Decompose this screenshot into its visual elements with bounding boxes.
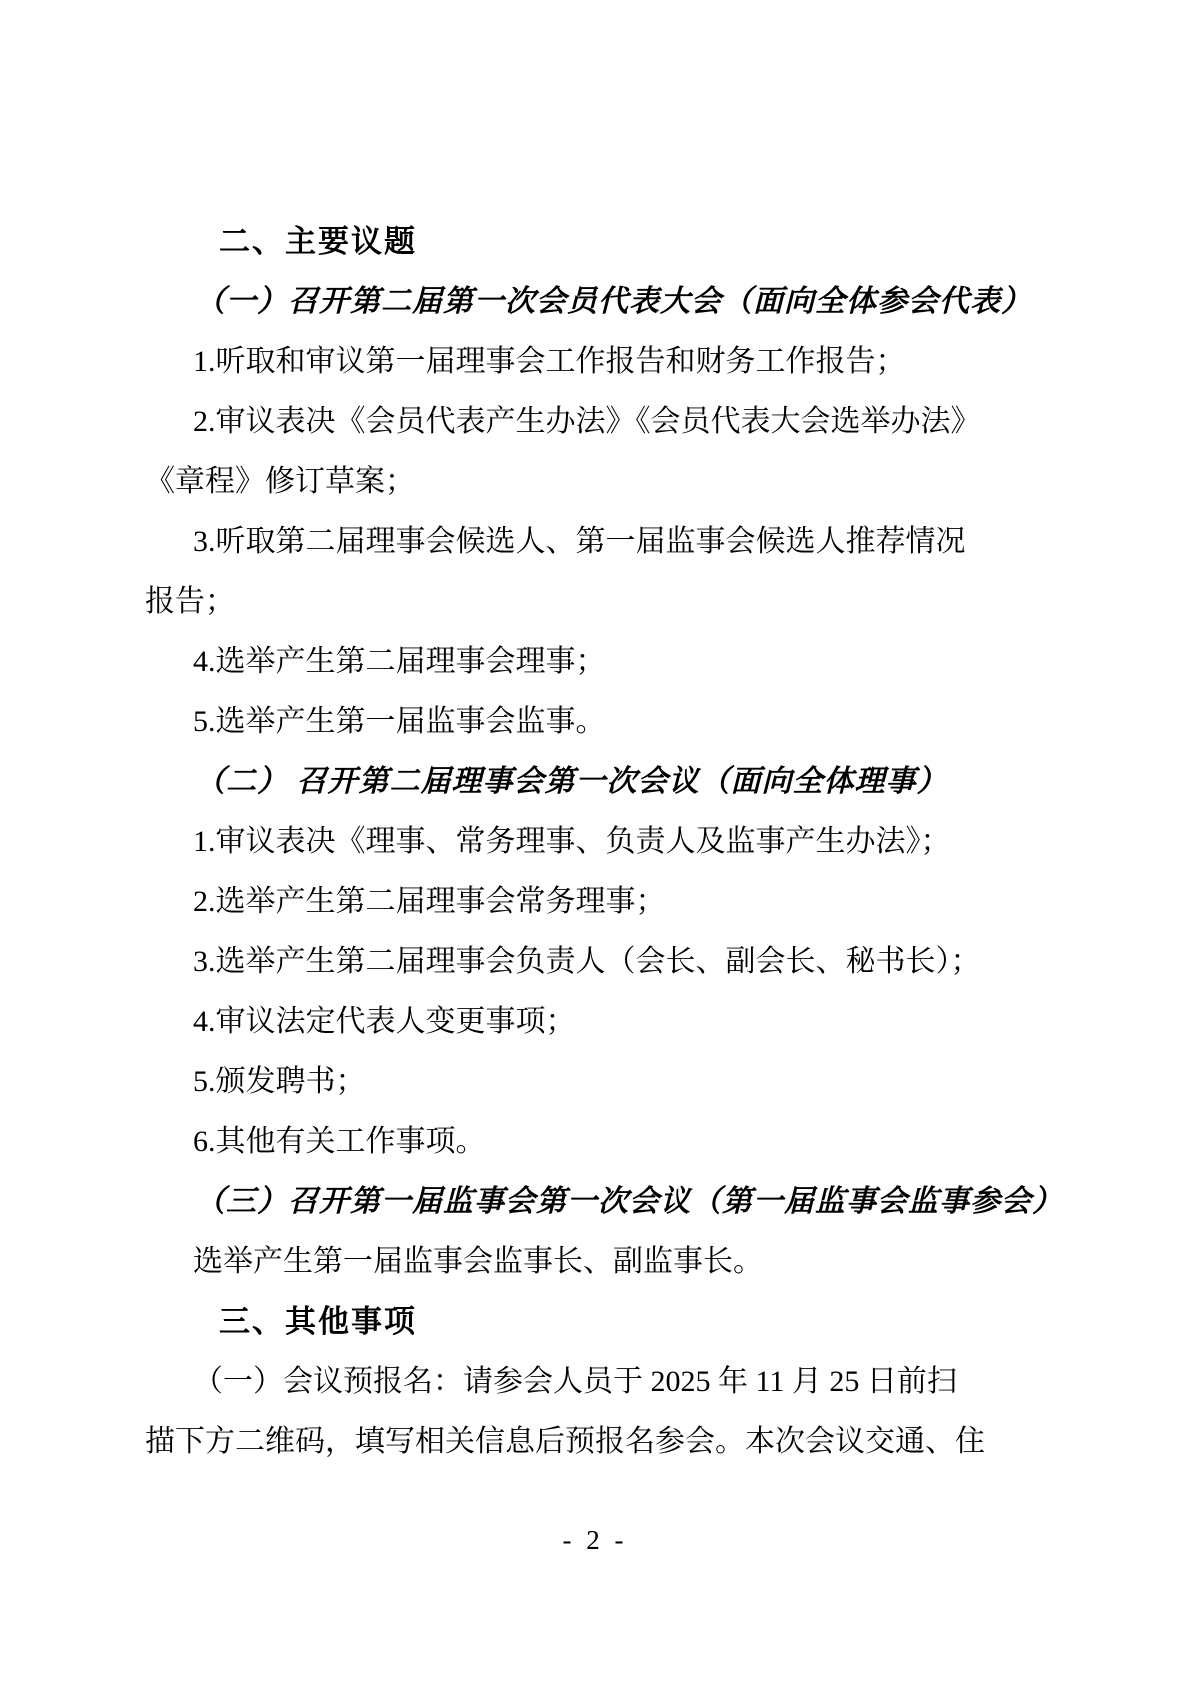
agenda-2-item-5: 5.颁发聘书； bbox=[145, 1052, 1047, 1112]
agenda-1-item-3-line-2: 报告； bbox=[145, 572, 1047, 632]
agenda-1-item-1: 1.听取和审议第一届理事会工作报告和财务工作报告； bbox=[145, 332, 1047, 392]
document-page: 二、主要议题（一）召开第二届第一次会员代表大会（面向全体参会代表）1.听取和审议… bbox=[0, 0, 1190, 1683]
section-heading-main-topics: 二、主要议题 bbox=[145, 212, 1047, 272]
agenda-2-item-4: 4.审议法定代表人变更事项； bbox=[145, 992, 1047, 1052]
agenda-2-item-3: 3.选举产生第二届理事会负责人（会长、副会长、秘书长）； bbox=[145, 932, 1047, 992]
section-heading-other-matters: 三、其他事项 bbox=[145, 1292, 1047, 1352]
agenda-2-item-2: 2.选举产生第二届理事会常务理事； bbox=[145, 872, 1047, 932]
agenda-1-item-2-line-2: 《章程》修订草案； bbox=[145, 452, 1047, 512]
agenda-1-item-5: 5.选举产生第一届监事会监事。 bbox=[145, 692, 1047, 752]
subheading-3-supervisors-meeting: （三）召开第一届监事会第一次会议（第一届监事会监事参会） bbox=[145, 1172, 1047, 1232]
page-number: - 2 - bbox=[0, 1520, 1190, 1560]
agenda-2-item-1: 1.审议表决《理事、常务理事、负责人及监事产生办法》； bbox=[145, 812, 1047, 872]
other-matters-1-line-1: （一）会议预报名：请参会人员于 2025 年 11 月 25 日前扫 bbox=[145, 1352, 1047, 1412]
agenda-3-item-1: 选举产生第一届监事会监事长、副监事长。 bbox=[145, 1232, 1047, 1292]
subheading-1-member-congress: （一）召开第二届第一次会员代表大会（面向全体参会代表） bbox=[145, 272, 1047, 332]
other-matters-1-line-2: 描下方二维码，填写相关信息后预报名参会。本次会议交通、住 bbox=[145, 1412, 1047, 1472]
agenda-1-item-3-line-1: 3.听取第二届理事会候选人、第一届监事会候选人推荐情况 bbox=[145, 512, 1047, 572]
agenda-2-item-6: 6.其他有关工作事项。 bbox=[145, 1112, 1047, 1172]
agenda-1-item-4: 4.选举产生第二届理事会理事； bbox=[145, 632, 1047, 692]
document-body: 二、主要议题（一）召开第二届第一次会员代表大会（面向全体参会代表）1.听取和审议… bbox=[145, 212, 1047, 1472]
subheading-2-council-meeting: （二） 召开第二届理事会第一次会议（面向全体理事） bbox=[145, 752, 1047, 812]
agenda-1-item-2-line-1: 2.审议表决《会员代表产生办法》《会员代表大会选举办法》 bbox=[145, 392, 1047, 452]
